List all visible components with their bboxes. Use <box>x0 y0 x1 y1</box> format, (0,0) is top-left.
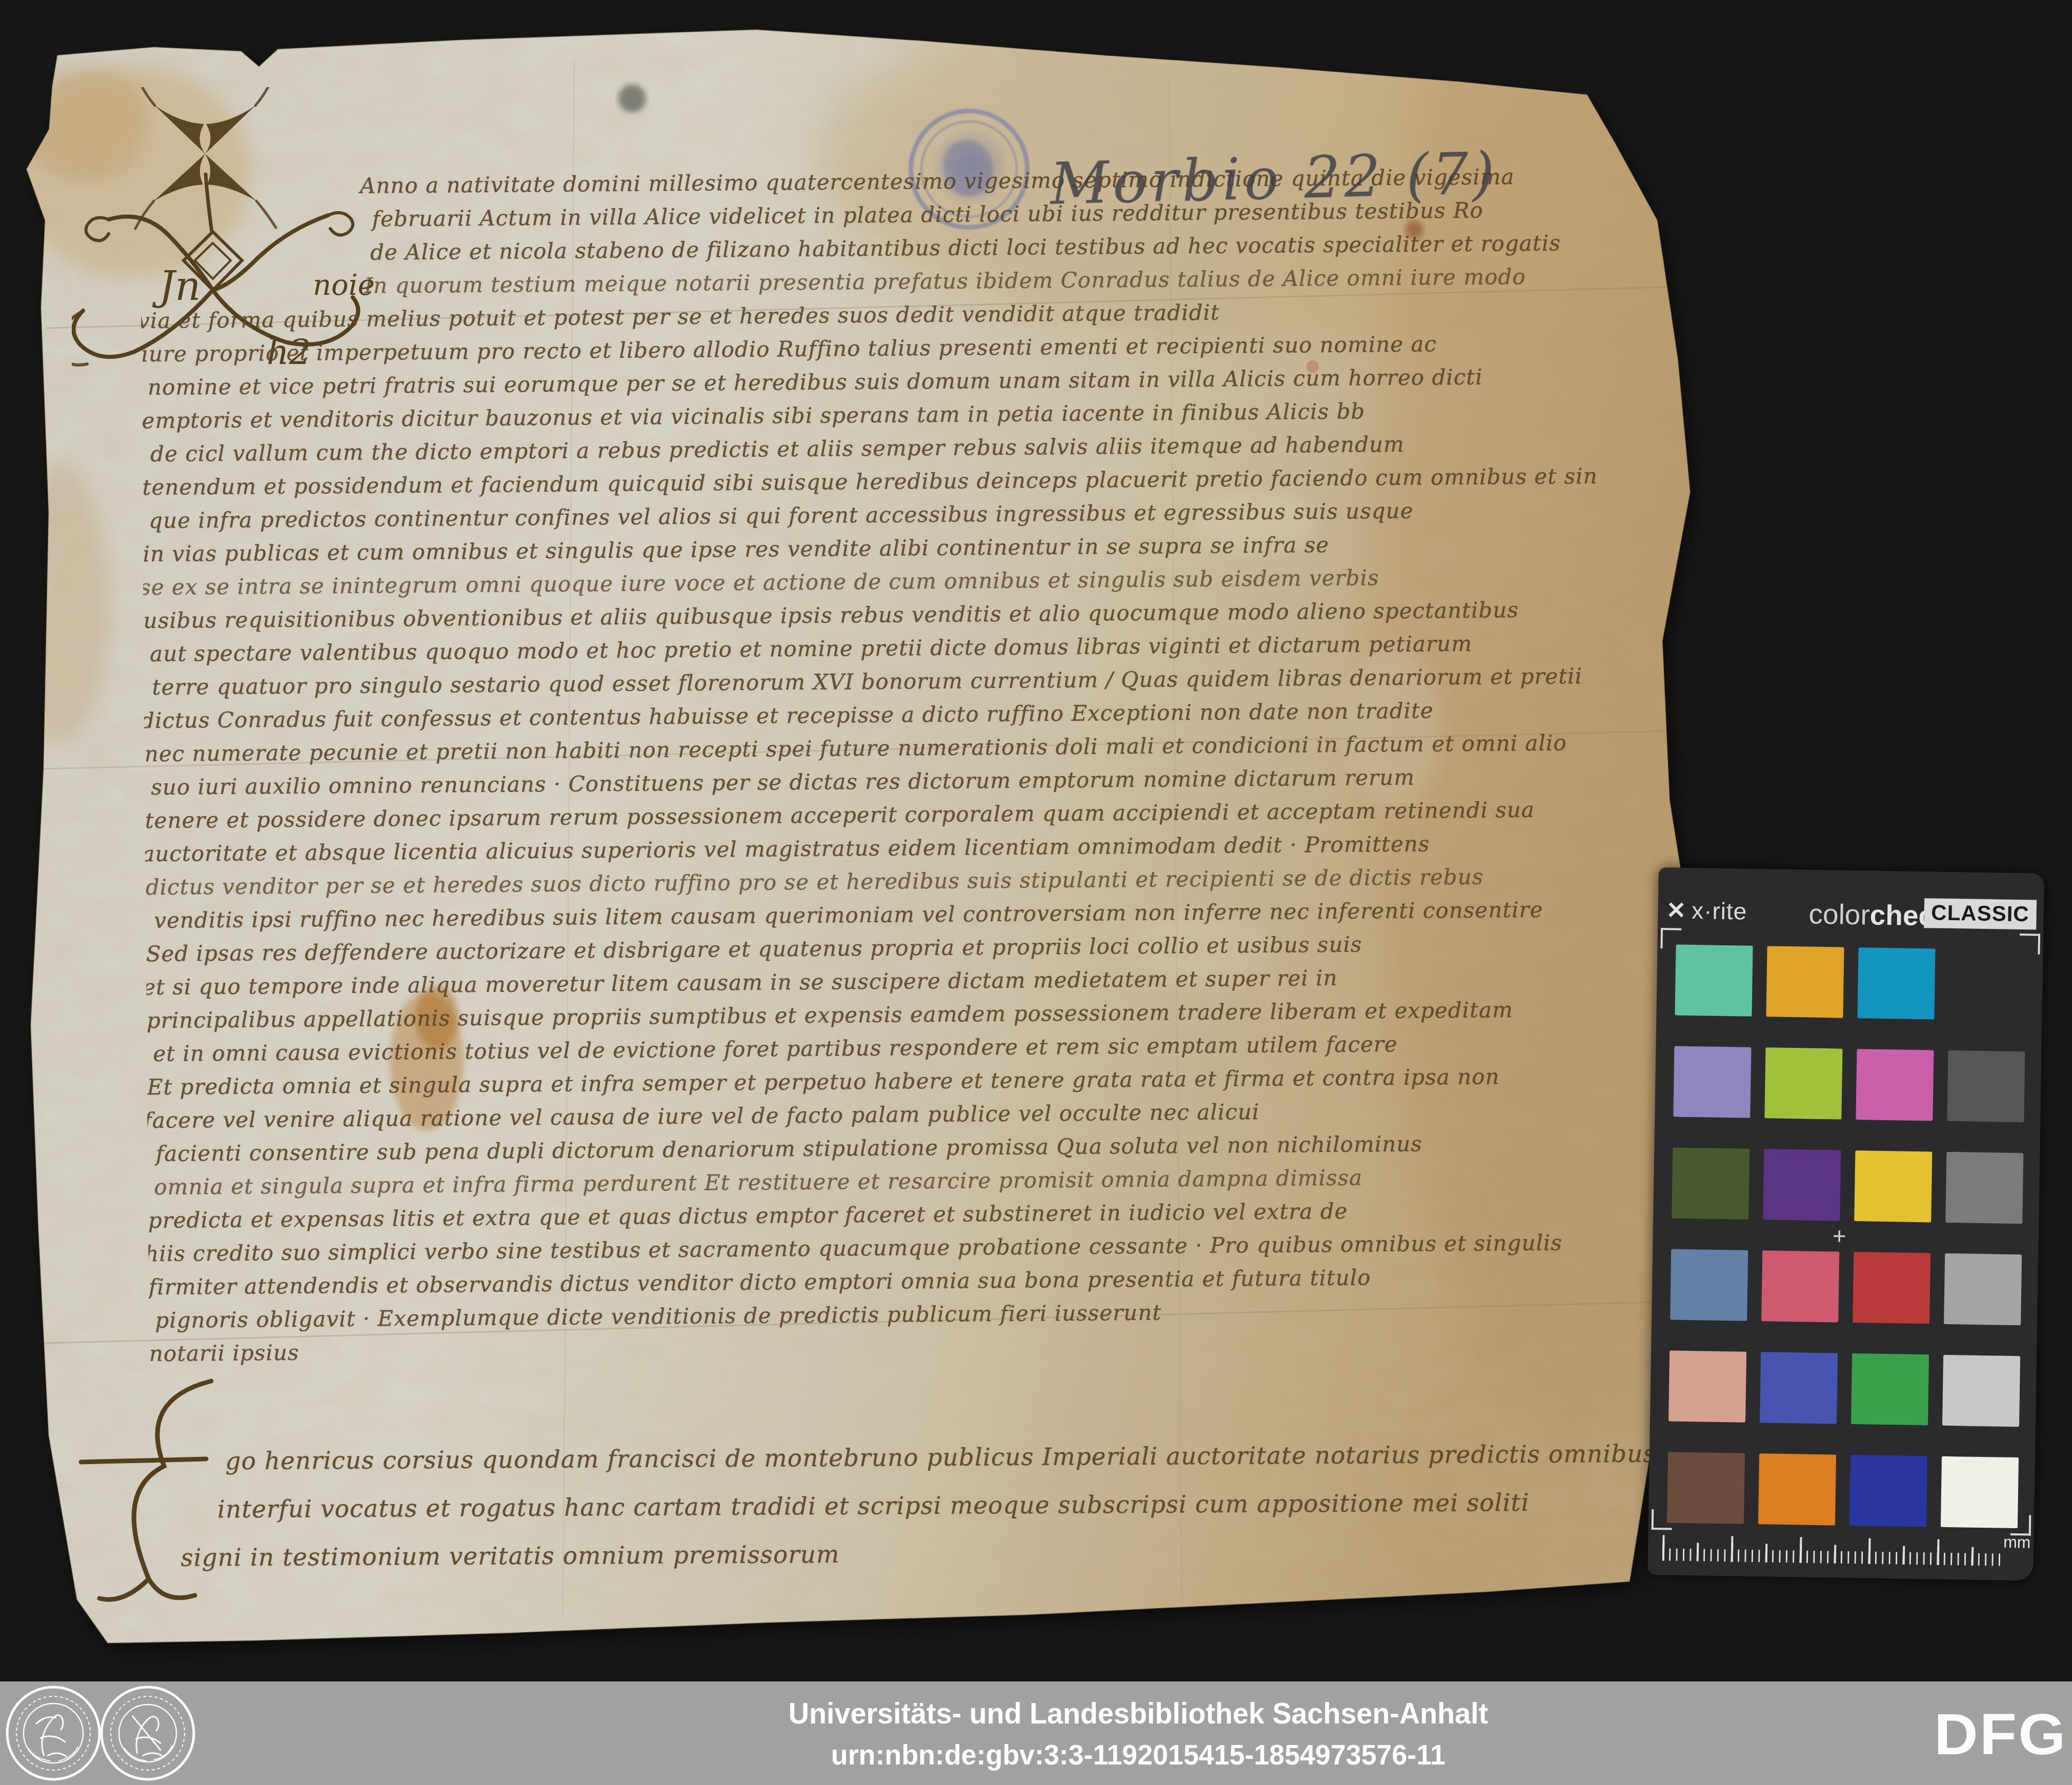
colorchecker-header: ✕x·rite colorchecker CLASSIC <box>1666 892 2037 931</box>
color-patch <box>1944 1253 2022 1325</box>
classic-badge: CLASSIC <box>1924 898 2037 929</box>
urn-label: urn:nbn:de:gbv:3:3-1192015415-1854973576… <box>676 1736 1601 1774</box>
institution-label: Universitäts- und Landesbibliothek Sachs… <box>676 1695 1601 1733</box>
subscription-line: go henricus corsius quondam francisci de… <box>225 1431 1493 1486</box>
color-patch <box>1672 1147 1749 1219</box>
color-patch <box>1857 947 1935 1019</box>
manuscript-text-block: Anno a nativitate domini millesimo quate… <box>140 159 1605 1373</box>
title-regular: color <box>1808 898 1870 931</box>
xrite-logo: ✕x·rite <box>1666 896 1747 925</box>
color-patch <box>1851 1353 1929 1425</box>
registration-cross-icon: + <box>1832 1222 1846 1249</box>
color-patch <box>1854 1150 1932 1222</box>
color-patch-grid <box>1667 945 2027 1529</box>
color-patch <box>1760 1352 1838 1424</box>
color-patch <box>1766 946 1844 1018</box>
color-patch <box>1941 1456 2019 1528</box>
color-patch <box>1667 1452 1745 1524</box>
color-patch <box>1945 1152 2023 1224</box>
color-patch <box>1849 1455 1927 1527</box>
digitization-footer: Universitäts- und Landesbibliothek Sachs… <box>0 1681 2072 1785</box>
xrite-x-icon: ✕ <box>1666 897 1686 924</box>
university-seals-icon <box>2 1683 202 1783</box>
color-patch <box>1947 1050 2025 1122</box>
xrite-brand-label: x·rite <box>1692 897 1747 925</box>
color-patch <box>1763 1149 1841 1221</box>
color-patch <box>1673 1046 1751 1118</box>
color-patch <box>1853 1252 1930 1324</box>
shelfmark-annotation: Morbio 22 (7) <box>1050 140 1499 217</box>
colorchecker-card: ✕x·rite colorchecker CLASSIC + mm <box>1647 867 2044 1581</box>
color-patch <box>1942 1355 2020 1427</box>
notary-subscription-block: go henricus corsius quondam francisci de… <box>180 1431 1493 1582</box>
subscription-line: signi in testimonium veritatis omnium pr… <box>180 1527 1493 1582</box>
color-patch <box>1758 1453 1836 1525</box>
mm-ruler <box>1662 1535 2005 1566</box>
subscription-line: interfui vocatus et rogatus hanc cartam … <box>217 1479 1493 1534</box>
color-patch <box>1675 945 1753 1017</box>
color-patch <box>1761 1250 1839 1322</box>
ruler-unit-label: mm <box>2003 1533 2031 1552</box>
footer-text-block: Universitäts- und Landesbibliothek Sachs… <box>676 1695 1601 1774</box>
color-patch <box>1764 1047 1842 1119</box>
color-patch <box>1670 1249 1748 1321</box>
color-patch <box>1948 949 2026 1021</box>
color-patch <box>1668 1350 1746 1422</box>
scan-stage: Jn noie h2 Morbio 22 (7) Anno a nativita… <box>0 0 2072 1785</box>
dfg-logo: DFG <box>1934 1701 2067 1768</box>
color-patch <box>1856 1049 1934 1121</box>
